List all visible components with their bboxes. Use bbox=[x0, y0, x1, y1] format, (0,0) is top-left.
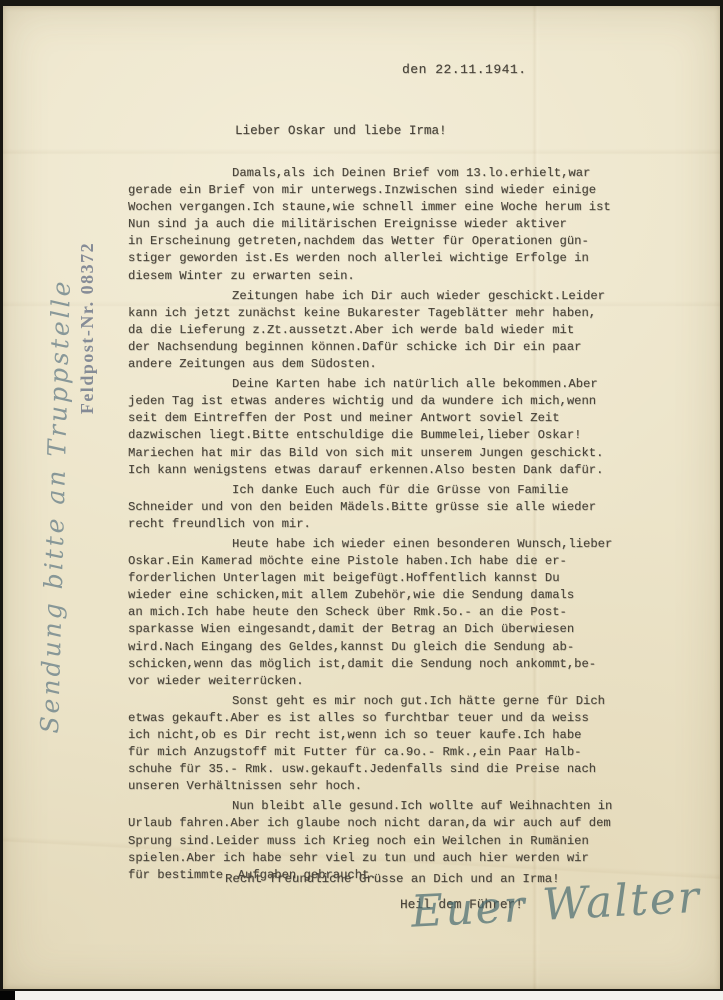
paragraph-1: Damals,als ich Deinen Brief vom 13.lo.er… bbox=[128, 165, 630, 285]
scanned-letter: Feldpost-Nr. 08372 Sendung bitte an Trup… bbox=[0, 0, 723, 1000]
paragraph-3: Deine Karten habe ich natürlich alle bek… bbox=[128, 376, 630, 479]
scan-bottom-strip bbox=[0, 991, 723, 1000]
paragraph-2: Zeitungen habe ich Dir auch wieder gesch… bbox=[128, 288, 630, 373]
salutation: Lieber Oskar und liebe Irma! bbox=[235, 124, 447, 138]
letter-body: Damals,als ich Deinen Brief vom 13.lo.er… bbox=[128, 165, 630, 887]
date-line: den 22.11.1941. bbox=[402, 62, 527, 77]
paragraph-6: Sonst geht es mir noch gut.Ich hätte ger… bbox=[128, 693, 630, 796]
scan-corner-shadow bbox=[0, 991, 15, 1000]
paragraph-5: Heute habe ich wieder einen besonderen W… bbox=[128, 536, 630, 690]
paragraph-4: Ich danke Euch auch für die Grüsse von F… bbox=[128, 482, 630, 533]
feldpost-number-stamp: Feldpost-Nr. 08372 bbox=[77, 195, 101, 461]
handwritten-margin-note: Sendung bitte an Truppstelle bbox=[34, 241, 80, 772]
letter-paper: Feldpost-Nr. 08372 Sendung bitte an Trup… bbox=[3, 6, 720, 989]
